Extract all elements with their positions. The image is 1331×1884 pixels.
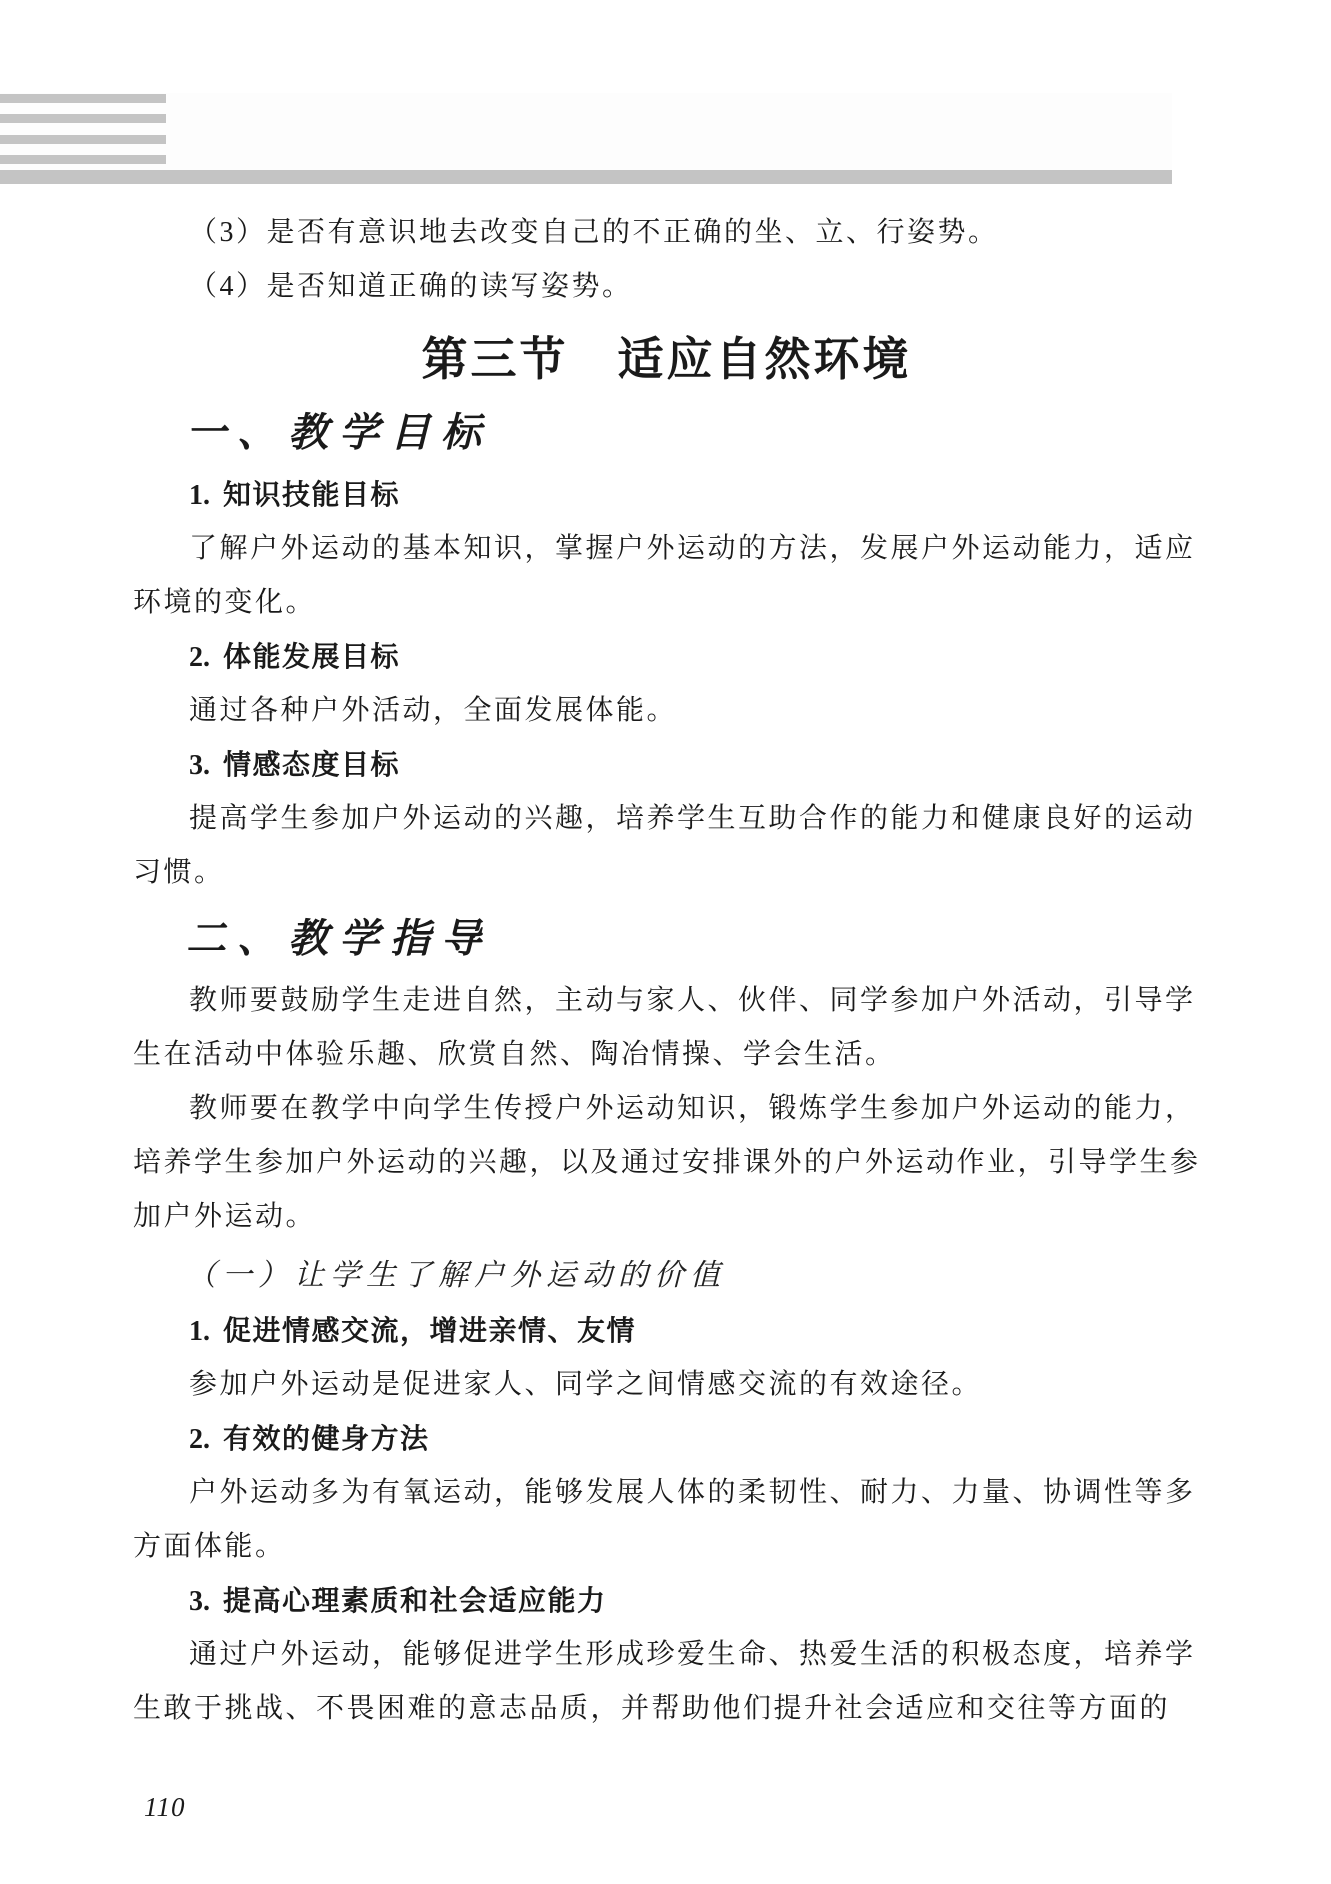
subheading-knowledge-goal: 1.知识技能目标 [133,468,1200,522]
paragraph-line: 通过各种户外活动，全面发展体能。 [133,684,1200,738]
paragraph-line: 生在活动中体验乐趣、欣赏自然、陶冶情操、学会生活。 [133,1028,1200,1082]
paragraph-line: 加户外运动。 [133,1190,1200,1244]
header-bar-small-1 [0,94,166,103]
section-heading-2: 二、教学指导 [133,910,1200,968]
header-bar-small-2 [0,114,166,123]
textbook-page: （3）是否有意识地去改变自己的不正确的坐、立、行姿势。 （4）是否知道正确的读写… [0,0,1331,1884]
paragraph-line: 环境的变化。 [133,576,1200,630]
section-heading-1: 一、教学目标 [133,404,1200,462]
page-number: 110 [144,1792,186,1823]
subheading-number: 1. [189,1316,210,1347]
paragraph-line: 户外运动多为有氧运动，能够发展人体的柔韧性、耐力、力量、协调性等多 [133,1466,1200,1520]
paragraph-line: 参加户外运动是促进家人、同学之间情感交流的有效途径。 [133,1358,1200,1412]
paragraph-line: 习惯。 [133,846,1200,900]
paragraph-line: 培养学生参加户外运动的兴趣，以及通过安排课外的户外运动作业，引导学生参 [133,1136,1200,1190]
paragraph-line: 了解户外运动的基本知识，掌握户外运动的方法，发展户外运动能力，适应 [133,522,1200,576]
kai-subheading-outdoor-value: （一）让学生了解户外运动的价值 [133,1252,1200,1300]
subheading-label: 提高心理素质和社会适应能力 [223,1585,607,1616]
header-band [0,93,1172,170]
pretext-item-4: （4）是否知道正确的读写姿势。 [133,260,1200,314]
paragraph-line: 生敢于挑战、不畏困难的意志品质，并帮助他们提升社会适应和交往等方面的 [133,1682,1200,1736]
subheading-number: 3. [189,750,210,781]
subheading-label: 体能发展目标 [223,641,400,672]
header-bar-small-3 [0,135,166,144]
paragraph-line: 提高学生参加户外运动的兴趣，培养学生互助合作的能力和健康良好的运动 [133,792,1200,846]
subheading-number: 2. [189,642,210,673]
subheading-fitness-goal: 2.体能发展目标 [133,630,1200,684]
paragraph-line: 教师要在教学中向学生传授户外运动知识，锻炼学生参加户外运动的能力， [133,1082,1200,1136]
subheading-number: 3. [189,1586,210,1617]
paragraph-line: 通过户外运动，能够促进学生形成珍爱生命、热爱生活的积极态度，培养学 [133,1628,1200,1682]
paragraph-line: 教师要鼓励学生走进自然，主动与家人、伙伴、同学参加户外活动，引导学 [133,974,1200,1028]
page-content: （3）是否有意识地去改变自己的不正确的坐、立、行姿势。 （4）是否知道正确的读写… [133,206,1200,1736]
pretext-item-3: （3）是否有意识地去改变自己的不正确的坐、立、行姿势。 [133,206,1200,260]
subheading-label: 情感态度目标 [223,749,400,780]
subheading-psychological-quality: 3.提高心理素质和社会适应能力 [133,1574,1200,1628]
subheading-label: 有效的健身方法 [223,1423,430,1454]
subheading-effective-fitness: 2.有效的健身方法 [133,1412,1200,1466]
subheading-number: 2. [189,1424,210,1455]
subheading-number: 1. [189,480,210,511]
subheading-label: 促进情感交流，增进亲情、友情 [223,1315,636,1346]
subheading-label: 知识技能目标 [223,479,400,510]
subheading-emotional-exchange: 1.促进情感交流，增进亲情、友情 [133,1304,1200,1358]
chapter-title: 第三节 适应自然环境 [133,326,1200,394]
subheading-affective-goal: 3.情感态度目标 [133,738,1200,792]
header-bar-small-4 [0,155,166,164]
header-bar-wide [0,170,1172,184]
paragraph-line: 方面体能。 [133,1520,1200,1574]
